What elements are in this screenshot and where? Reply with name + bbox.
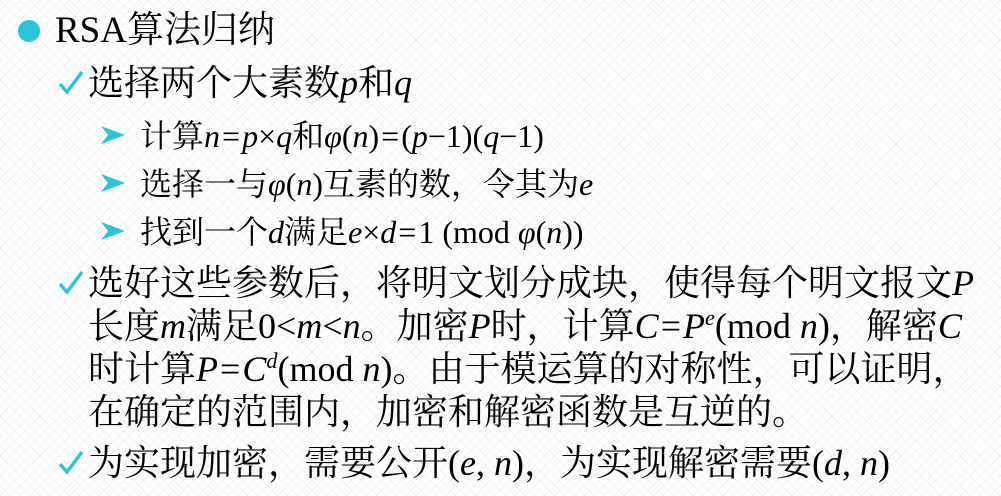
item-text: 计算n=p×q和φ(n)=(p−1)(q−1) — [140, 118, 544, 154]
item-text: 为实现加密，需要公开(e, n)，为实现解密需要(d, n) — [88, 443, 890, 483]
item-text: 找到一个d满足e×d=1 (mod φ(n)) — [140, 214, 584, 250]
slide-title: RSA算法归纳 — [55, 10, 275, 51]
item-text: 选择一与φ(n)互素的数，令其为e — [140, 166, 593, 202]
bullet-item-rsa-summary: RSA算法归纳 — [0, 0, 1001, 54]
check-item-encryption-process: 选好这些参数后，将明文划分成块，使得每个明文报文P长度m满足0<m<n。加密P时… — [0, 262, 1001, 434]
arrow-item-find-d: 找到一个d满足e×d=1 (mod φ(n)) — [0, 208, 1001, 256]
arrow-item-choose-e: 选择一与φ(n)互素的数，令其为e — [0, 160, 1001, 208]
sub-bullet-group: 计算n=p×q和φ(n)=(p−1)(q−1) 选择一与φ(n)互素的数，令其为… — [0, 112, 1001, 256]
item-text: 选好这些参数后，将明文划分成块，使得每个明文报文P长度m满足0<m<n。加密P时… — [88, 263, 974, 432]
item-text: 选择两个大素数p和q — [88, 63, 412, 103]
arrow-bullet-icon — [100, 172, 128, 196]
arrow-bullet-icon — [100, 220, 128, 244]
check-icon — [56, 448, 86, 478]
check-item-public-private-keys: 为实现加密，需要公开(e, n)，为实现解密需要(d, n) — [0, 440, 1001, 486]
slide: RSA算法归纳 选择两个大素数p和q 计算n=p×q和φ(n)=(p−1)(q−… — [0, 0, 1001, 496]
check-item-choose-primes: 选择两个大素数p和q — [0, 60, 1001, 106]
circle-bullet-icon — [18, 20, 40, 42]
check-icon — [56, 68, 86, 98]
arrow-item-compute-n: 计算n=p×q和φ(n)=(p−1)(q−1) — [0, 112, 1001, 160]
check-icon — [56, 268, 86, 298]
arrow-bullet-icon — [100, 124, 128, 148]
